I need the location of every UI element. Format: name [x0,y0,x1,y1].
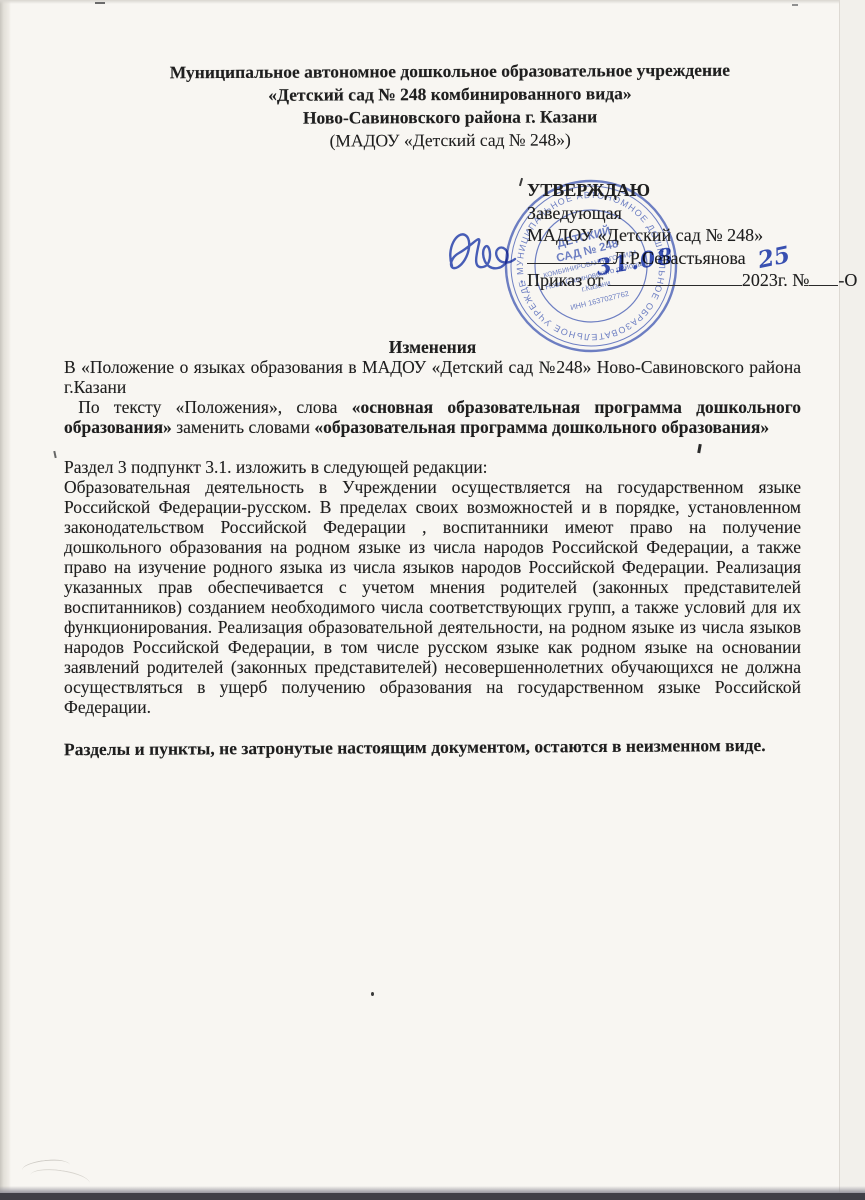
approver-org: МАДОУ «Детский сад № 248» [527,224,865,247]
paragraph-1-text: В «Положение о языках образования в МАДО… [64,357,801,397]
order-suffix: -О [838,270,857,290]
order-number-underline [809,271,838,286]
approval-block: УТВЕРЖДАЮ Заведующая МАДОУ «Детский сад … [527,179,865,292]
scan-artifact-dot [371,992,374,996]
approver-role: Заведующая [527,202,865,225]
org-abbreviation: (МАДОУ «Детский сад № 248») [100,127,800,153]
paragraph-unchanged-note: Разделы и пункты, не затронутые настоящи… [64,735,801,760]
paragraph-new-edition: Образовательная деятельность в Учреждени… [64,477,801,717]
scan-artifact-dash [95,2,105,4]
changes-title: Изменения [64,337,801,357]
order-year-label: 2023г. № [742,270,810,290]
scan-edge-bottom [0,1193,865,1200]
paragraph-2-normal-1: По тексту «Положения», слова [64,397,352,417]
scan-edge-left [0,0,11,1200]
scan-artifact-mark [53,451,56,458]
scan-artifact-dash [792,4,798,6]
scan-artifact-tick [519,178,523,186]
paragraph-wording-change: По тексту «Положения», слова «основная о… [64,397,801,437]
document-body: Изменения В «Положение о языках образова… [64,337,801,757]
signature-row: Л.Р.Севастьянова [527,247,865,270]
order-row: Приказ от 2023г. №-О [527,269,865,292]
paragraph-2-bold-2: «образовательная программа дошкольного о… [314,417,769,437]
approval-title: УТВЕРЖДАЮ [527,179,865,202]
stamp-inn-number: ИНН 1637027762 [569,289,629,312]
org-name-line3: Ново-Савиновского района г. Казани [100,104,800,130]
document-header: Муниципальное автономное дошкольное обра… [100,58,800,153]
paragraph-section-ref: Раздел 3 подпункт 3.1. изложить в следую… [64,457,801,477]
paragraph-2-normal-2: заменить словами [172,417,315,437]
handwritten-signature [444,224,540,284]
scanned-document-page: Муниципальное автономное дошкольное обра… [0,0,865,1200]
org-name-line1: Муниципальное автономное дошкольное обра… [100,58,800,84]
paragraph-position-change: В «Положение о языках образования в МАДО… [64,357,801,397]
scan-edge-bottom-shadow [0,1186,865,1193]
org-name-line2: «Детский сад № 248 комбинированного вида… [100,81,800,107]
scan-edge-top [0,0,865,4]
signature-stroke [450,234,515,268]
